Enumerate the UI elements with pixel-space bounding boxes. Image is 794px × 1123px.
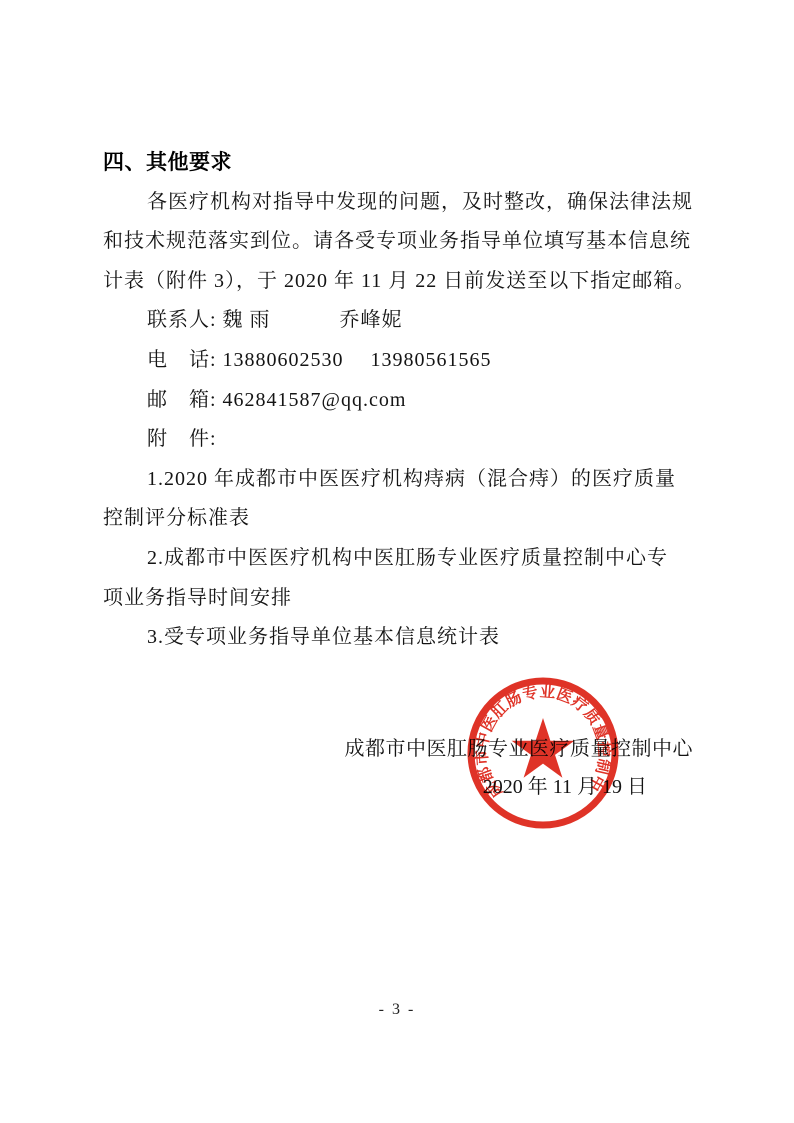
contact-email-line: 邮 箱: 462841587@qq.com xyxy=(103,381,695,421)
signature-organization: 成都市中医肛肠专业医疗质量控制中心 xyxy=(345,732,694,761)
attachment-item-1-line-1: 1.2020 年成都市中医医疗机构痔病（混合痔）的医疗质量 xyxy=(103,460,695,500)
attachment-item-2-line-2: 项业务指导时间安排 xyxy=(103,579,695,619)
paragraph-line-3: 计表（附件 3），于 2020 年 11 月 22 日前发送至以下指定邮箱。 xyxy=(103,262,695,302)
paragraph-line-1: 各医疗机构对指导中发现的问题，及时整改，确保法律法规 xyxy=(103,183,695,223)
section-heading: 四、其他要求 xyxy=(103,143,695,183)
paragraph-line-2: 和技术规范落实到位。请各受专项业务指导单位填写基本信息统 xyxy=(103,222,695,262)
document-body: 四、其他要求 各医疗机构对指导中发现的问题，及时整改，确保法律法规 和技术规范落… xyxy=(103,143,695,658)
contact-phone-line: 电 话: 13880602530 13980561565 xyxy=(103,341,695,381)
attachment-item-2-line-1: 2.成都市中医医疗机构中医肛肠专业医疗质量控制中心专 xyxy=(103,539,695,579)
contact-person-line: 联系人: 魏 雨 乔峰妮 xyxy=(103,301,695,341)
attachment-label: 附 件: xyxy=(103,420,695,460)
attachment-item-1-line-2: 控制评分标准表 xyxy=(103,499,695,539)
signature-date: 2020 年 11 月 19 日 xyxy=(483,770,647,799)
document-page: 四、其他要求 各医疗机构对指导中发现的问题，及时整改，确保法律法规 和技术规范落… xyxy=(0,0,794,1123)
page-number: - 3 - xyxy=(0,1001,794,1019)
attachment-item-3: 3.受专项业务指导单位基本信息统计表 xyxy=(103,618,695,658)
